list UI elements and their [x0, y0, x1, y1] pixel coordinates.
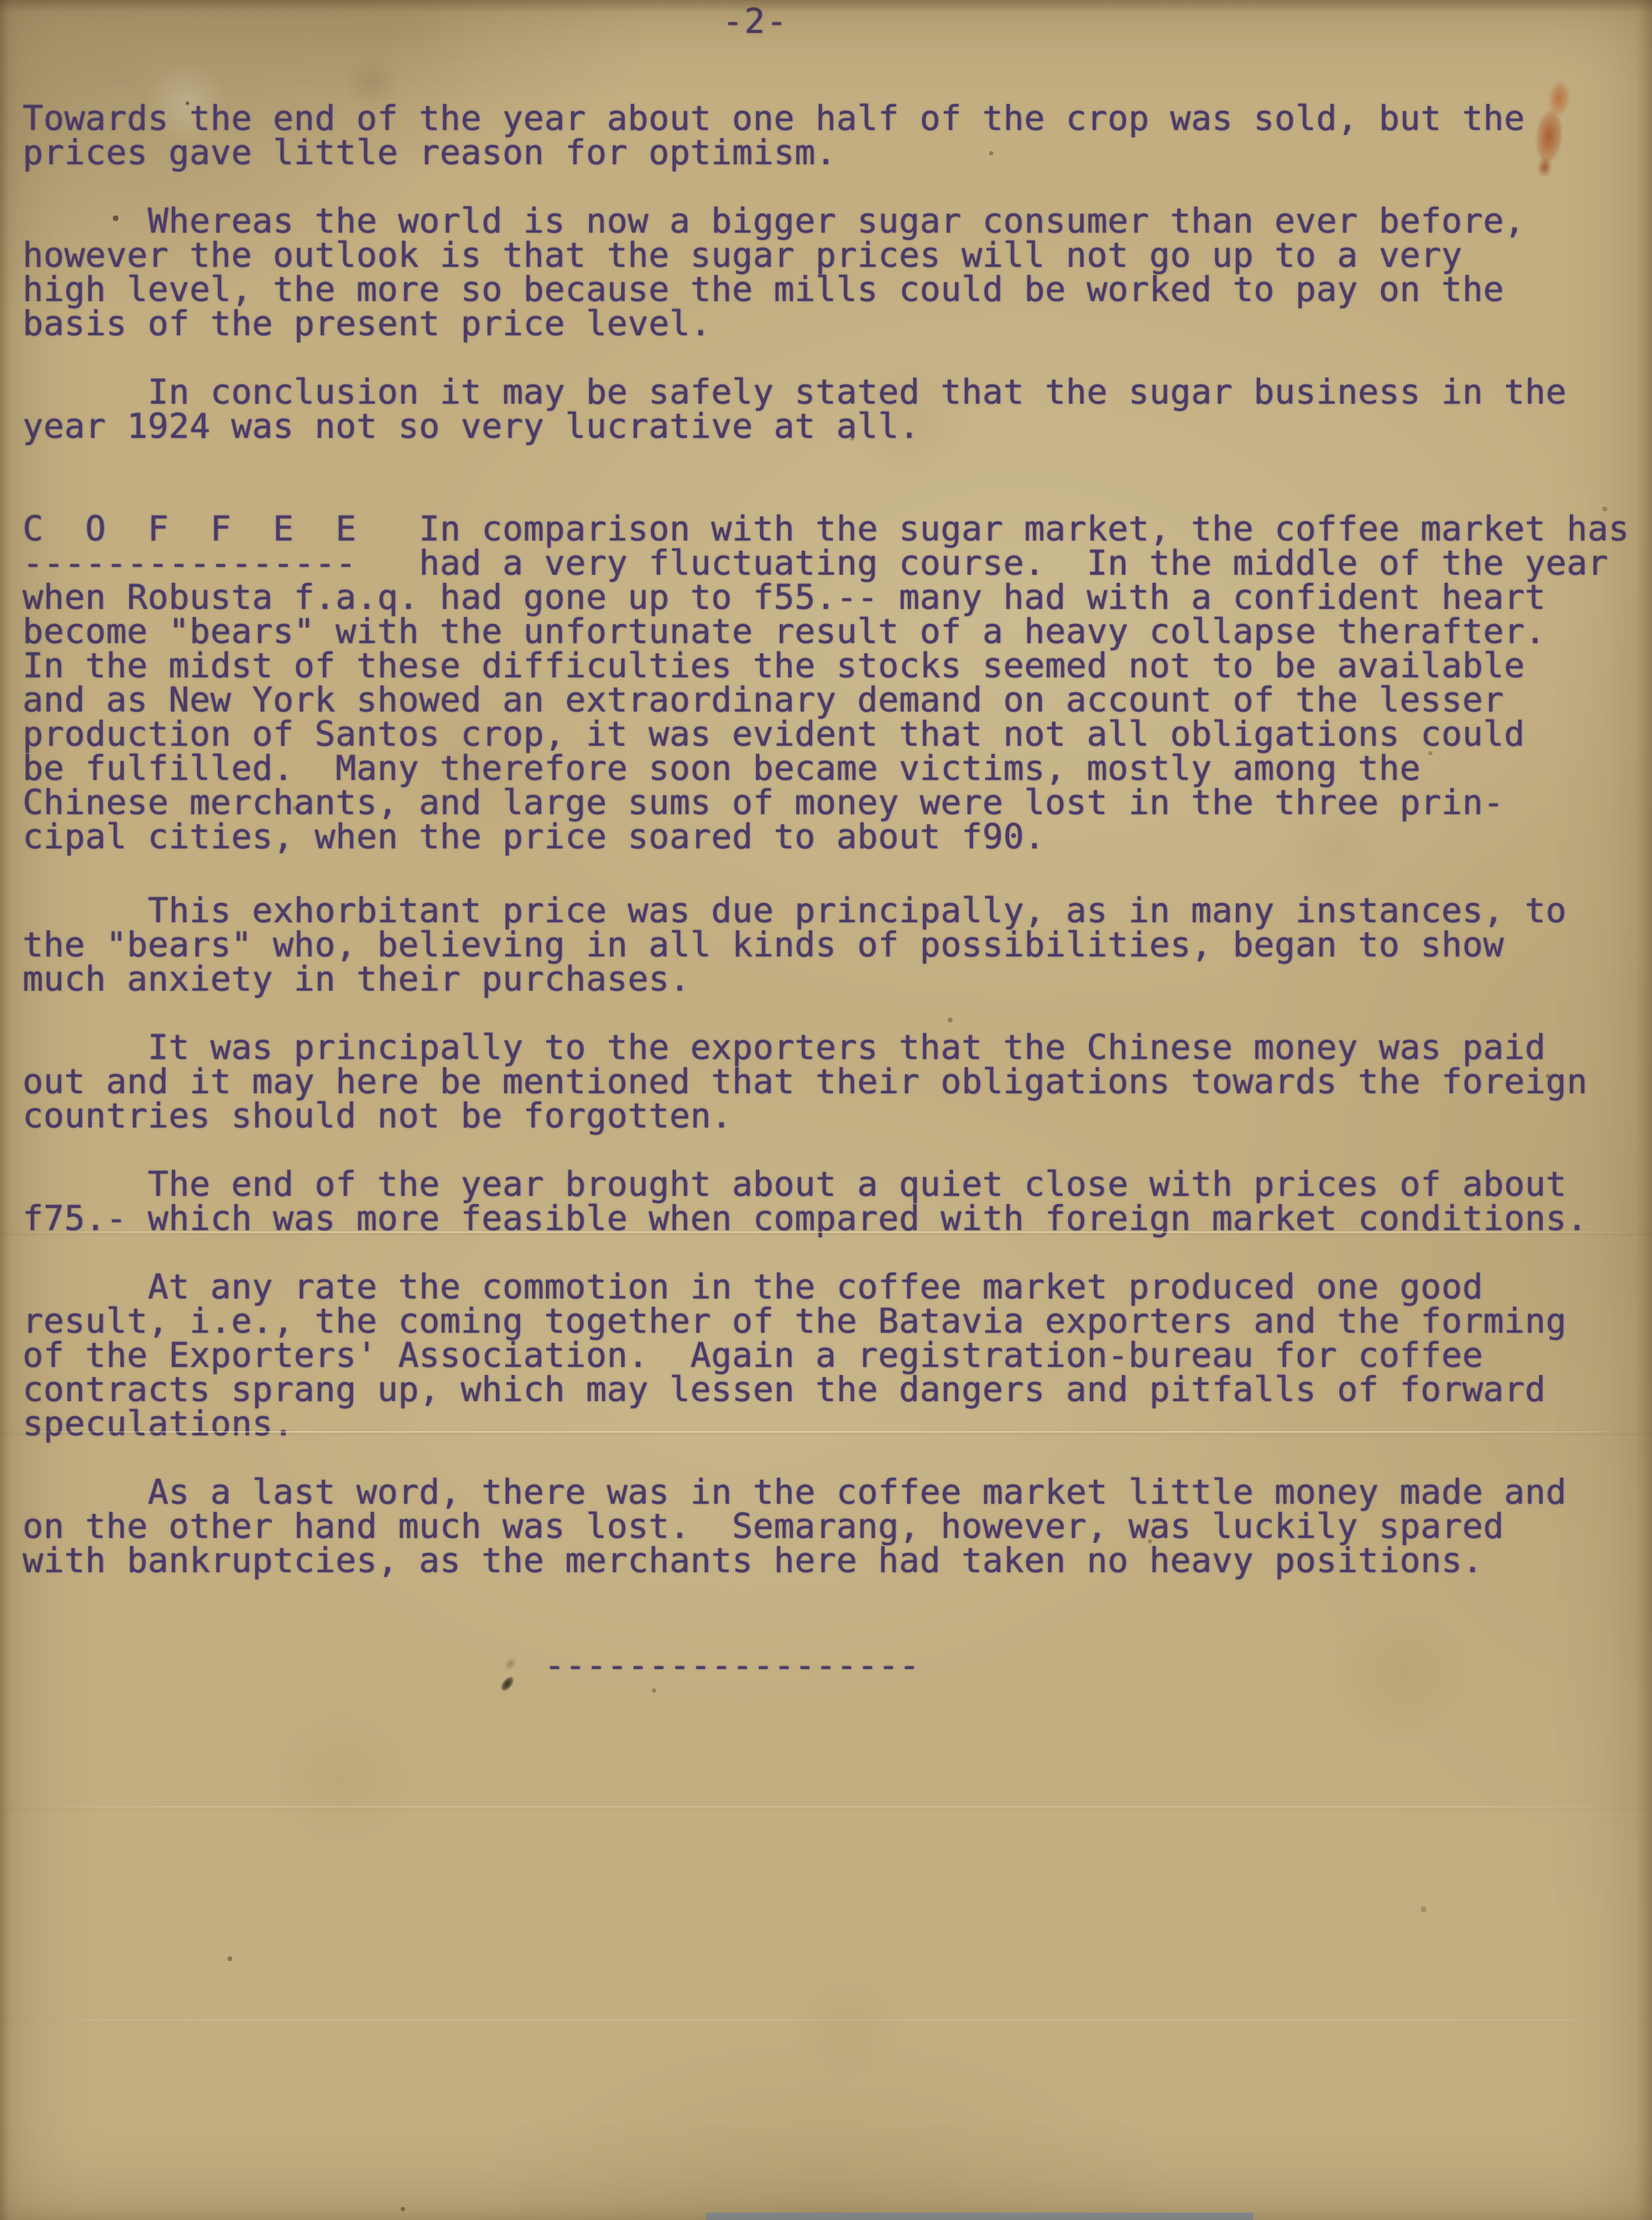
- exporters-paragraph: It was principally to the exporters that…: [23, 1030, 1629, 1133]
- text-line: of the Exporters' Association. Again a r…: [23, 1338, 1629, 1372]
- text-line: In conclusion it may be safely stated th…: [23, 375, 1629, 409]
- coffee-section: C O F F E E In comparison with the sugar…: [23, 512, 1629, 854]
- intro-paragraph: Towards the end of the year about one ha…: [23, 101, 1629, 170]
- page-number: -2-: [722, 4, 788, 38]
- text-line: countries should not be forgotten.: [23, 1099, 1629, 1133]
- text-line: cipal cities, when the price soared to a…: [23, 820, 1629, 854]
- text-line: year 1924 was not so very lucrative at a…: [23, 409, 1629, 443]
- scanned-page: -2- Towards the end of the year about on…: [0, 0, 1652, 2220]
- text-line: result, i.e., the coming together of the…: [23, 1304, 1629, 1338]
- scan-edge-strip: [706, 2212, 1253, 2220]
- text-line: and as New York showed an extraordinary …: [23, 683, 1629, 717]
- text-line: out and it may here be mentioned that th…: [23, 1065, 1629, 1099]
- text-line: on the other hand much was lost. Semaran…: [23, 1509, 1629, 1543]
- text-line: As a last word, there was in the coffee …: [23, 1475, 1629, 1509]
- document-body: Towards the end of the year about one ha…: [23, 101, 1629, 1682]
- fold-crease: [0, 1806, 1652, 1807]
- text-line: contracts sprang up, which may lessen th…: [23, 1372, 1629, 1407]
- year-end-paragraph: The end of the year brought about a quie…: [23, 1167, 1629, 1236]
- fold-crease: [0, 2020, 1652, 2021]
- text-line: prices gave little reason for optimism.: [23, 135, 1629, 170]
- text-line: the "bears" who, believing in all kinds …: [23, 928, 1629, 962]
- closing-separator: ------------------: [23, 1648, 1629, 1682]
- text-line: with bankruptcies, as the merchants here…: [23, 1543, 1629, 1578]
- text-line: become "bears" with the unfortunate resu…: [23, 614, 1629, 649]
- text-line: high level, the more so because the mill…: [23, 272, 1629, 306]
- text-line: Whereas the world is now a bigger sugar …: [23, 204, 1629, 238]
- text-line: Towards the end of the year about one ha…: [23, 101, 1629, 135]
- text-line: Chinese merchants, and large sums of mon…: [23, 785, 1629, 820]
- text-line: ------------------: [23, 1648, 1629, 1682]
- text-line: ---------------- had a very fluctuating …: [23, 546, 1629, 580]
- pinhole-mark: [178, 94, 197, 113]
- text-line: This exhorbitant price was due principal…: [23, 893, 1629, 928]
- text-line: C O F F E E In comparison with the sugar…: [23, 512, 1629, 546]
- exhorbitant-paragraph: This exhorbitant price was due principal…: [23, 893, 1629, 996]
- text-line: In the midst of these difficulties the s…: [23, 649, 1629, 683]
- association-paragraph: At any rate the commotion in the coffee …: [23, 1270, 1629, 1441]
- text-line: At any rate the commotion in the coffee …: [23, 1270, 1629, 1304]
- outlook-paragraph: Whereas the world is now a bigger sugar …: [23, 204, 1629, 341]
- text-line: f75.- which was more feasible when compa…: [23, 1201, 1629, 1236]
- text-line: much anxiety in their purchases.: [23, 962, 1629, 996]
- text-line: however the outlook is that the sugar pr…: [23, 238, 1629, 272]
- paper-specks: [0, 0, 1, 1]
- text-line: basis of the present price level.: [23, 306, 1629, 341]
- text-line: The end of the year brought about a quie…: [23, 1167, 1629, 1201]
- text-line: be fulfilled. Many therefore soon became…: [23, 751, 1629, 785]
- text-line: speculations.: [23, 1407, 1629, 1441]
- text-line: production of Santos crop, it was eviden…: [23, 717, 1629, 751]
- text-line: when Robusta f.a.q. had gone up to f55.-…: [23, 580, 1629, 614]
- last-word-paragraph: As a last word, there was in the coffee …: [23, 1475, 1629, 1578]
- conclusion-paragraph: In conclusion it may be safely stated th…: [23, 375, 1629, 443]
- text-line: It was principally to the exporters that…: [23, 1030, 1629, 1065]
